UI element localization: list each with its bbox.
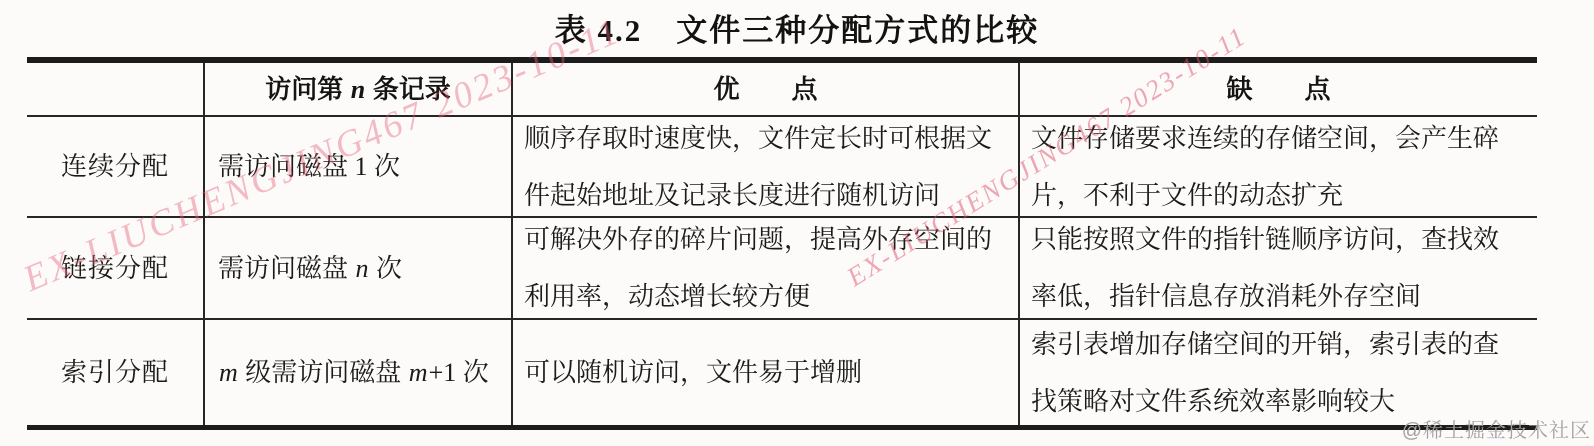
disadvantage-text: 只能按照文件的指针链顺序访问，查找效 率低，指针信息存放消耗外存空间 xyxy=(1031,218,1499,320)
method-label: 索引分配 xyxy=(61,344,169,401)
access-post: 次 xyxy=(370,254,403,283)
access-tail: +1 次 xyxy=(429,358,489,387)
method-label: 连续分配 xyxy=(61,138,169,195)
header-access-cell: 访问第 n 条记录 xyxy=(205,63,513,117)
access-var2: m xyxy=(408,358,429,387)
method-label: 链接分配 xyxy=(61,240,169,297)
access-mid: 级需访问磁盘 xyxy=(239,358,408,387)
header-advantage-cell: 优 点 xyxy=(513,63,1020,117)
header-advantage-label: 优 点 xyxy=(713,63,817,117)
row-indexed-advantage-cell: 可以随机访问，文件易于增删 xyxy=(513,320,1020,425)
row-indexed-disadvantage-cell: 索引表增加存储空间的开销，索引表的查 找策略对文件系统效率影响较大 xyxy=(1020,320,1537,425)
advantage-text: 可解决外存的碎片问题，提高外存空间的 利用率，动态增长较方便 xyxy=(524,218,992,320)
comparison-table: 访问第 n 条记录 优 点 缺 点 连续分配 需访问磁盘 1 次 顺序存取时速度… xyxy=(27,57,1537,430)
header-disadvantage-cell: 缺 点 xyxy=(1020,63,1537,117)
header-access-var: n xyxy=(350,75,366,104)
row-linked-advantage-cell: 可解决外存的碎片问题，提高外存空间的 利用率，动态增长较方便 xyxy=(513,218,1020,320)
row-continuous-disadvantage-cell: 文件存储要求连续的存储空间，会产生碎 片，不利于文件的动态扩充 xyxy=(1020,117,1537,218)
table-title-text: 文件三种分配方式的比较 xyxy=(676,13,1039,48)
row-continuous-access-cell: 需访问磁盘 1 次 xyxy=(205,117,513,218)
disadvantage-text: 文件存储要求连续的存储空间，会产生碎 片，不利于文件的动态扩充 xyxy=(1031,117,1499,218)
row-linked-disadvantage-cell: 只能按照文件的指针链顺序访问，查找效 率低，指针信息存放消耗外存空间 xyxy=(1020,218,1537,320)
header-access-pre: 访问第 xyxy=(265,75,350,104)
access-var: n xyxy=(355,254,370,283)
access-var1: m xyxy=(218,358,239,387)
row-continuous-method-cell: 连续分配 xyxy=(27,117,205,218)
row-continuous-advantage-cell: 顺序存取时速度快，文件定长时可根据文 件起始地址及记录长度进行随机访问 xyxy=(513,117,1020,218)
row-linked-method-cell: 链接分配 xyxy=(27,218,205,320)
header-method-cell xyxy=(27,63,205,117)
row-indexed-method-cell: 索引分配 xyxy=(27,320,205,425)
table-title: 表 4.2文件三种分配方式的比较 xyxy=(0,5,1594,50)
row-linked-access-cell: 需访问磁盘 n 次 xyxy=(205,218,513,320)
disadvantage-text: 索引表增加存储空间的开销，索引表的查 找策略对文件系统效率影响较大 xyxy=(1031,320,1499,425)
row-indexed-access-cell: m 级需访问磁盘 m+1 次 xyxy=(205,320,513,425)
access-text: 需访问磁盘 1 次 xyxy=(218,138,400,195)
header-access-post: 条记录 xyxy=(366,75,451,104)
table-number: 表 4.2 xyxy=(555,13,643,48)
advantage-text: 可以随机访问，文件易于增删 xyxy=(524,344,862,401)
header-access-label: 访问第 n 条记录 xyxy=(265,63,451,117)
site-credit-watermark: @稀土掘金技术社区 xyxy=(1402,414,1591,443)
access-text: 需访问磁盘 n 次 xyxy=(218,240,402,297)
access-text: m 级需访问磁盘 m+1 次 xyxy=(218,344,489,401)
access-pre: 需访问磁盘 xyxy=(218,254,355,283)
advantage-text: 顺序存取时速度快，文件定长时可根据文 件起始地址及记录长度进行随机访问 xyxy=(524,117,992,218)
header-disadvantage-label: 缺 点 xyxy=(1226,63,1330,117)
